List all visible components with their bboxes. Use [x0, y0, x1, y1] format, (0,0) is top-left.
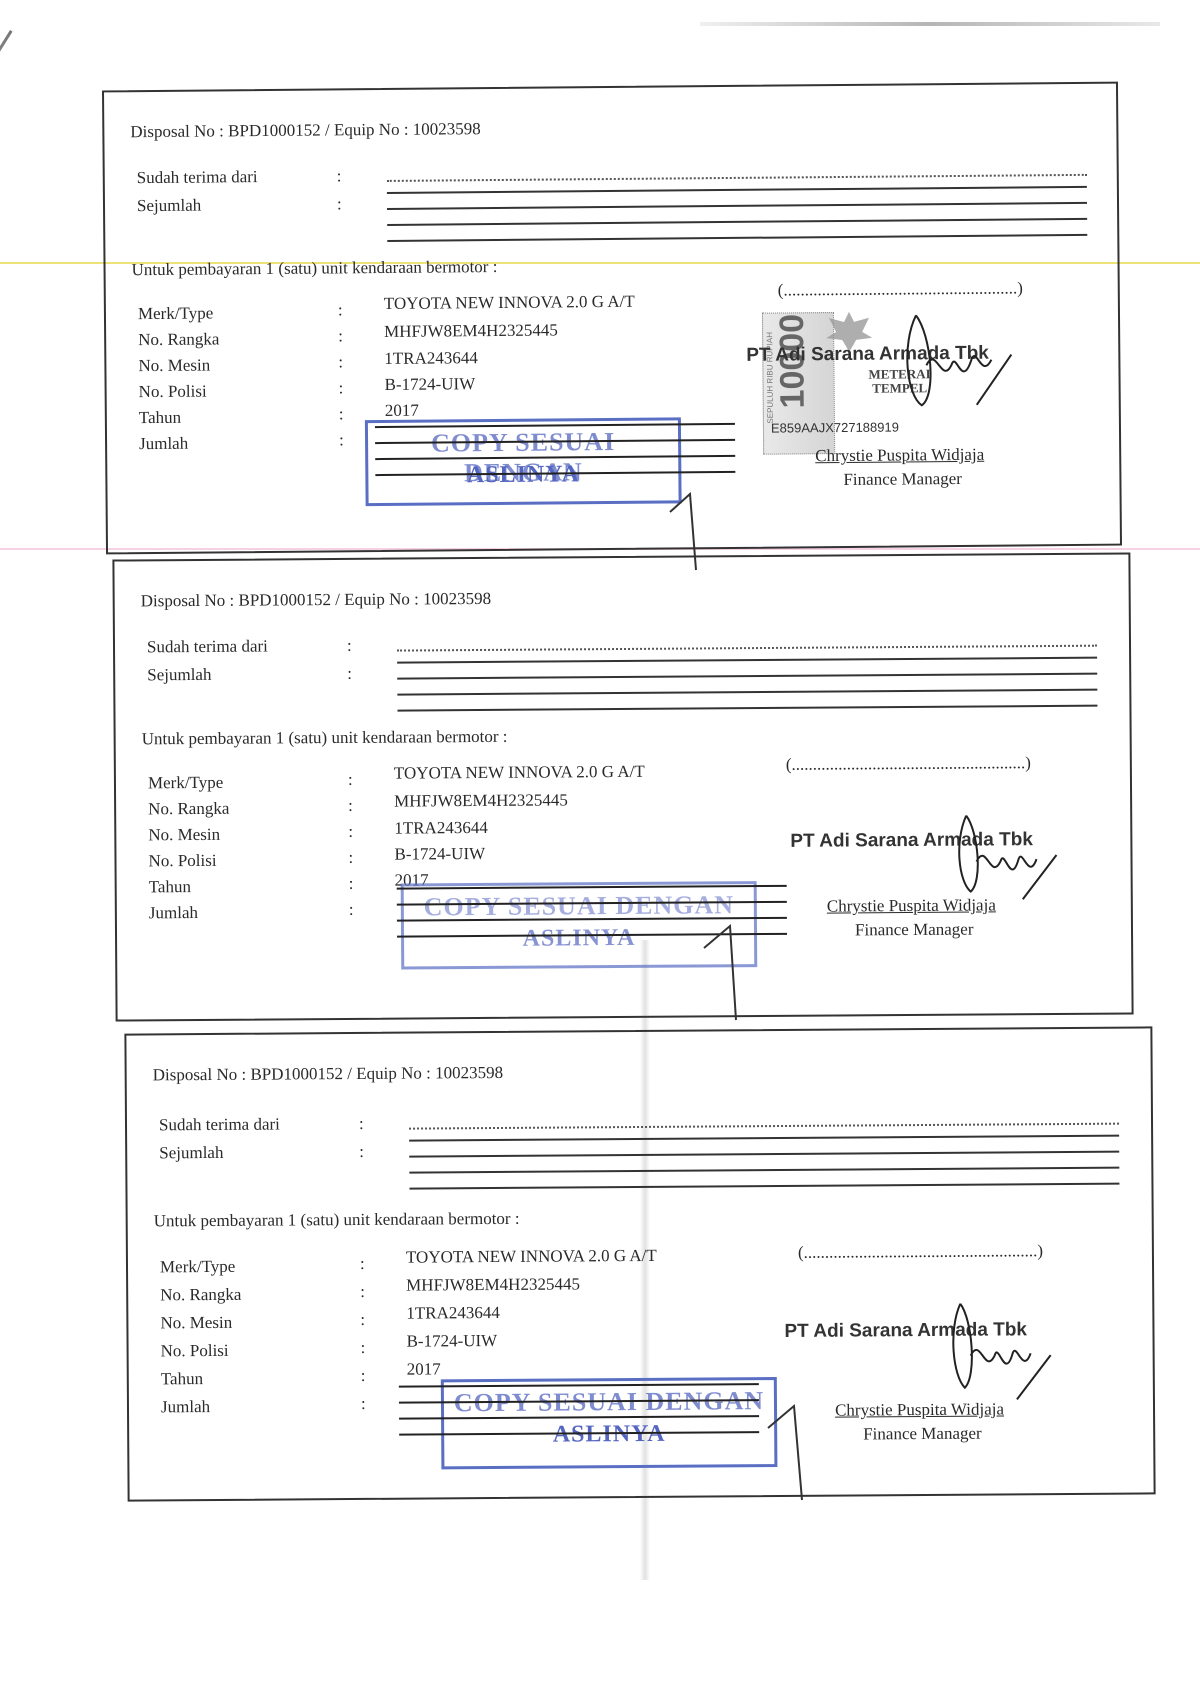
field-label: Jumlah [149, 903, 198, 923]
receipt-3: Disposal No : BPD1000152 / Equip No : 10… [124, 1026, 1155, 1501]
amount-field-line[interactable] [397, 657, 1097, 664]
colon: : [361, 1338, 366, 1358]
amount-field-line[interactable] [387, 234, 1087, 242]
colon: : [339, 430, 344, 450]
colon: : [339, 378, 344, 398]
receipt-1: Disposal No : BPD1000152 / Equip No : 10… [102, 82, 1122, 555]
received-from-label: Sudah terima dari [147, 636, 268, 657]
payment-for: Untuk pembayaran 1 (satu) unit kendaraan… [154, 1209, 520, 1232]
colon: : [360, 1282, 365, 1302]
check-mark [700, 920, 760, 1020]
received-from-label: Sudah terima dari [137, 167, 258, 188]
scan-streak [0, 30, 13, 167]
amount-label: Sejumlah [137, 196, 201, 217]
received-from-label: Sudah terima dari [159, 1115, 280, 1136]
colon: : [359, 1142, 364, 1162]
field-value-merk-type: TOYOTA NEW INNOVA 2.0 G A/T [384, 292, 635, 314]
copy-certified-stamp: COPY SESUAI DENGAN ASLINYA [441, 1377, 778, 1469]
colon: : [359, 1114, 364, 1134]
amount-field-line[interactable] [409, 1151, 1119, 1158]
amount-label: Sejumlah [147, 665, 211, 685]
field-value-tahun: 2017 [385, 401, 419, 421]
field-label: Merk/Type [138, 303, 213, 324]
payer-signature-placeholder: (.......................................… [798, 1241, 1043, 1263]
signature [946, 1299, 1067, 1410]
amount-field-line[interactable] [409, 1167, 1119, 1174]
field-label: Jumlah [139, 434, 188, 454]
field-label: Tahun [161, 1369, 203, 1389]
check-mark [660, 490, 720, 570]
colon: : [348, 822, 353, 842]
field-label: No. Polisi [161, 1341, 229, 1361]
field-label: No. Mesin [160, 1313, 232, 1334]
received-from-field[interactable] [397, 645, 1097, 652]
signer-name: Chrystie Puspita Widjaja [815, 445, 984, 466]
colon: : [348, 770, 353, 790]
scan-artifact [700, 22, 1160, 26]
field-label: Merk/Type [148, 773, 223, 794]
payer-signature-placeholder: (.......................................… [778, 278, 1023, 300]
colon: : [338, 352, 343, 372]
signer-name: Chrystie Puspita Widjaja [827, 895, 996, 916]
receipt-header: Disposal No : BPD1000152 / Equip No : 10… [130, 119, 481, 142]
received-from-field[interactable] [387, 174, 1087, 182]
field-value-no-polisi: B-1724-UIW [384, 374, 475, 395]
payer-signature-placeholder: (.......................................… [786, 753, 1031, 775]
amount-field-line[interactable] [409, 1183, 1119, 1190]
colon: : [360, 1310, 365, 1330]
field-value-merk-type: TOYOTA NEW INNOVA 2.0 G A/T [406, 1246, 657, 1268]
field-value-no-mesin: 1TRA243644 [384, 348, 478, 369]
field-label: Tahun [149, 877, 191, 897]
field-label: No. Rangka [160, 1285, 241, 1306]
amount-field-line[interactable] [397, 705, 1097, 712]
field-label: No. Rangka [138, 329, 219, 350]
amount-field-line[interactable] [387, 218, 1087, 226]
field-value-no-polisi: B-1724-UIW [394, 844, 485, 865]
signer-name: Chrystie Puspita Widjaja [835, 1399, 1004, 1420]
field-value-no-rangka: MHFJW8EM4H2325445 [384, 320, 558, 342]
receipt-header: Disposal No : BPD1000152 / Equip No : 10… [153, 1063, 504, 1085]
signer-title: Finance Manager [855, 920, 974, 941]
colon: : [348, 796, 353, 816]
field-value-merk-type: TOYOTA NEW INNOVA 2.0 G A/T [394, 762, 645, 784]
receipt-2: Disposal No : BPD1000152 / Equip No : 10… [112, 552, 1133, 1021]
signer-title: Finance Manager [843, 469, 962, 490]
field-label: No. Mesin [138, 356, 210, 377]
colon: : [349, 874, 354, 894]
colon: : [360, 1254, 365, 1274]
colon: : [339, 404, 344, 424]
field-label: Tahun [139, 408, 181, 428]
amount-field-line[interactable] [409, 1135, 1119, 1142]
copy-certified-stamp: COPY SESUAI DENGAN ASLINYA [365, 417, 682, 506]
amount-label: Sejumlah [159, 1143, 223, 1163]
colon: : [337, 194, 342, 214]
amount-field-line[interactable] [397, 673, 1097, 680]
colon: : [361, 1366, 366, 1386]
payment-for: Untuk pembayaran 1 (satu) unit kendaraan… [131, 257, 497, 280]
check-mark [764, 1400, 824, 1500]
colon: : [347, 636, 352, 656]
colon: : [361, 1394, 366, 1414]
signature [896, 304, 1017, 425]
field-value-tahun: 2017 [407, 1359, 441, 1379]
field-value-no-mesin: 1TRA243644 [406, 1303, 500, 1324]
colon: : [338, 326, 343, 346]
amount-field-line[interactable] [387, 186, 1087, 194]
colon: : [348, 848, 353, 868]
field-value-no-mesin: 1TRA243644 [394, 818, 488, 839]
amount-field-line[interactable] [387, 202, 1087, 210]
field-label: No. Polisi [148, 851, 216, 871]
colon: : [349, 900, 354, 920]
revenue-stamp-serial: E859AAJX727188919 [771, 420, 899, 436]
payment-for: Untuk pembayaran 1 (satu) unit kendaraan… [142, 727, 508, 750]
field-label: Merk/Type [160, 1257, 235, 1278]
colon: : [338, 300, 343, 320]
field-label: Jumlah [161, 1397, 210, 1417]
amount-field-line[interactable] [397, 689, 1097, 696]
field-value-no-rangka: MHFJW8EM4H2325445 [394, 790, 568, 811]
receipt-header: Disposal No : BPD1000152 / Equip No : 10… [141, 589, 492, 611]
received-from-field[interactable] [409, 1123, 1119, 1130]
colon: : [337, 166, 342, 186]
signer-title: Finance Manager [863, 1424, 982, 1445]
colon: : [347, 664, 352, 684]
field-label: No. Rangka [148, 799, 229, 820]
field-label: No. Polisi [139, 382, 207, 403]
field-value-no-rangka: MHFJW8EM4H2325445 [406, 1274, 580, 1295]
field-label: No. Mesin [148, 825, 220, 846]
field-value-no-polisi: B-1724-UIW [406, 1331, 497, 1352]
